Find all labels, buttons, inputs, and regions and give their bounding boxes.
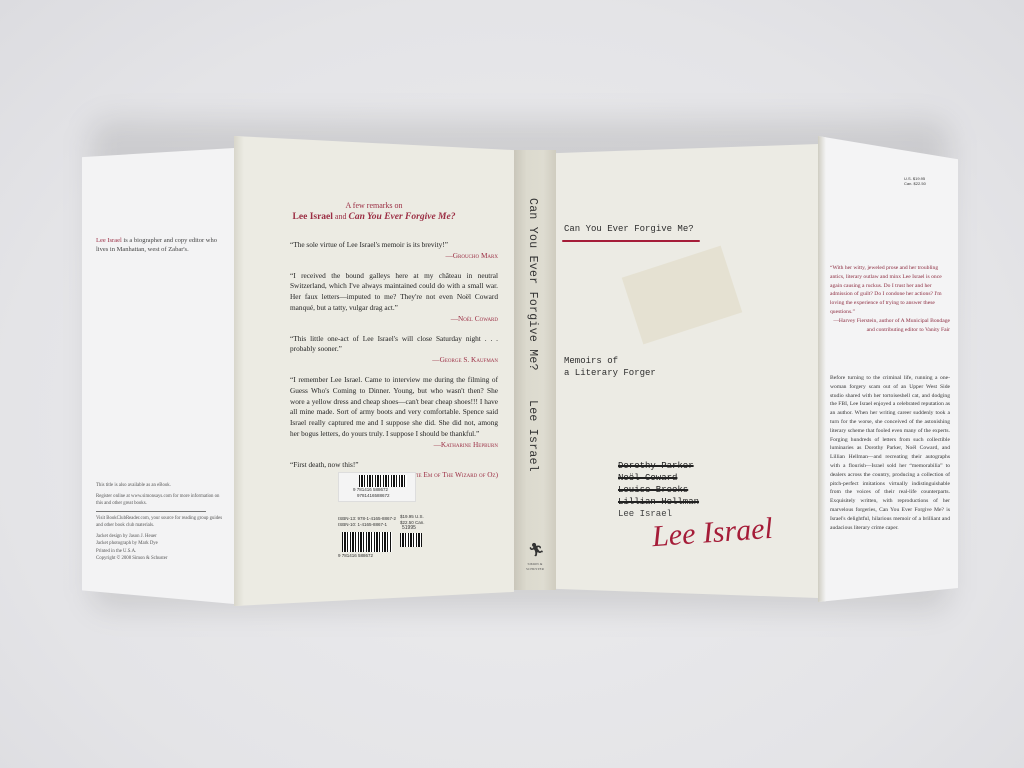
front-title: Can You Ever Forgive Me? (564, 224, 694, 234)
divider (96, 511, 206, 512)
crossed-name: Louise Brooks (618, 484, 699, 496)
barcode-number: 9 781416 588672 (338, 553, 373, 559)
author-signature: Lee Israel (651, 512, 774, 554)
spine-title: Can You Ever Forgive Me? (526, 198, 539, 371)
back-heading-title: Can You Ever Forgive Me? (348, 212, 455, 222)
quote-attribution: —George S. Kaufman (290, 355, 498, 366)
sower-logo-icon: 🏃︎ (528, 542, 545, 558)
ebook-note: This title is also available as an eBook… (96, 482, 224, 490)
crossed-name: Noël Coward (618, 472, 699, 484)
quote-text: “First death, now this!” (290, 460, 359, 469)
back-heading: A few remarks on Lee Israel and Can You … (254, 200, 494, 223)
author-bio: Lee Israel is a biographer and copy edit… (96, 236, 224, 254)
price-barcode-icon (400, 533, 422, 547)
spine: Can You Ever Forgive Me? Lee Israel 🏃︎ S… (514, 150, 556, 590)
back-intro: A few remarks on (254, 200, 494, 211)
crossed-name: Lillian Hellman (618, 496, 699, 508)
title-underline (562, 240, 700, 242)
spine-publisher: SIMON & SCHUSTER (520, 562, 550, 571)
sticker-isbn: 9781416588672 (357, 493, 390, 499)
right-flap: U.S. $19.95 Can. $22.50 “With her witty,… (818, 136, 958, 602)
front-cover: Can You Ever Forgive Me? Memoirs of a Li… (556, 144, 818, 598)
blurb-quote: “The sole virtue of Lee Israel's memoir … (290, 240, 498, 262)
price-us: $19.95 U.S. (400, 514, 424, 520)
quote-text: “The sole virtue of Lee Israel's memoir … (290, 240, 448, 249)
photo-credit: Jacket photograph by Mark Dye (96, 540, 224, 548)
front-subtitle: Memoirs of a Literary Forger (564, 355, 656, 379)
quote-attribution: —Katharine Hepburn (290, 440, 498, 451)
copyright-note: Copyright © 2008 Simon & Schuster (96, 555, 224, 563)
crossed-names-list: Dorothy Parker Noël Coward Louise Brooks… (618, 460, 699, 520)
flap-publisher-info: This title is also available as an eBook… (96, 482, 224, 563)
back-heading-name: Lee Israel (293, 212, 333, 222)
sticker-residue (622, 246, 743, 345)
crossed-name: Dorothy Parker (618, 460, 699, 472)
praise-attribution: —Harvey Fierstein, author of A Municipal… (830, 317, 950, 335)
sticker-barcode-number: 9 781416 588672 (353, 487, 388, 493)
quote-text: “I received the bound galleys here at my… (290, 271, 498, 312)
blurb-quote: “I received the bound galleys here at my… (290, 271, 498, 325)
quote-text: “I remember Lee Israel. Came to intervie… (290, 375, 498, 438)
isbn-barcode-icon (342, 532, 392, 552)
sticker-barcode-icon (359, 475, 407, 487)
isbn10: ISBN-10: 1-4165-8867-1 (338, 522, 387, 528)
back-heading-and: and (333, 212, 349, 221)
quote-attribution: —Noël Coward (290, 314, 498, 325)
flap-description: Before turning to the criminal life, run… (830, 374, 950, 532)
design-credit: Jacket design by Jason J. Heuer (96, 533, 224, 541)
spine-author: Lee Israel (526, 400, 539, 472)
isbn13: ISBN-13: 978-1-4165-8867-2 (338, 516, 396, 522)
blurb-quote: “This little one-act of Lee Israel's wil… (290, 334, 498, 366)
bookclub-note: Visit BookClubReader.com, your source fo… (96, 515, 224, 530)
bio-author-name: Lee Israel (96, 237, 122, 244)
praise-text: “With her witty, jeweled prose and her t… (830, 265, 942, 315)
flap-price: U.S. $19.95 Can. $22.50 (904, 176, 926, 186)
flap-praise: “With her witty, jeweled prose and her t… (830, 264, 950, 334)
barcode-sticker: 9 781416 588672 9781416588672 (338, 472, 416, 502)
quote-attribution: —Groucho Marx (290, 251, 498, 262)
blurb-quote: “I remember Lee Israel. Came to intervie… (290, 375, 498, 451)
quote-text: “This little one-act of Lee Israel's wil… (290, 334, 498, 354)
flap-price-can: Can. $22.50 (904, 181, 926, 186)
register-note: Register online at www.simonsays.com for… (96, 493, 224, 508)
price-code: 51995 (402, 526, 416, 532)
blurb-list: “The sole virtue of Lee Israel's memoir … (290, 240, 498, 490)
back-cover: A few remarks on Lee Israel and Can You … (234, 136, 514, 606)
printed-note: Printed in the U.S.A. (96, 548, 224, 556)
left-flap: Lee Israel is a biographer and copy edit… (82, 148, 234, 604)
